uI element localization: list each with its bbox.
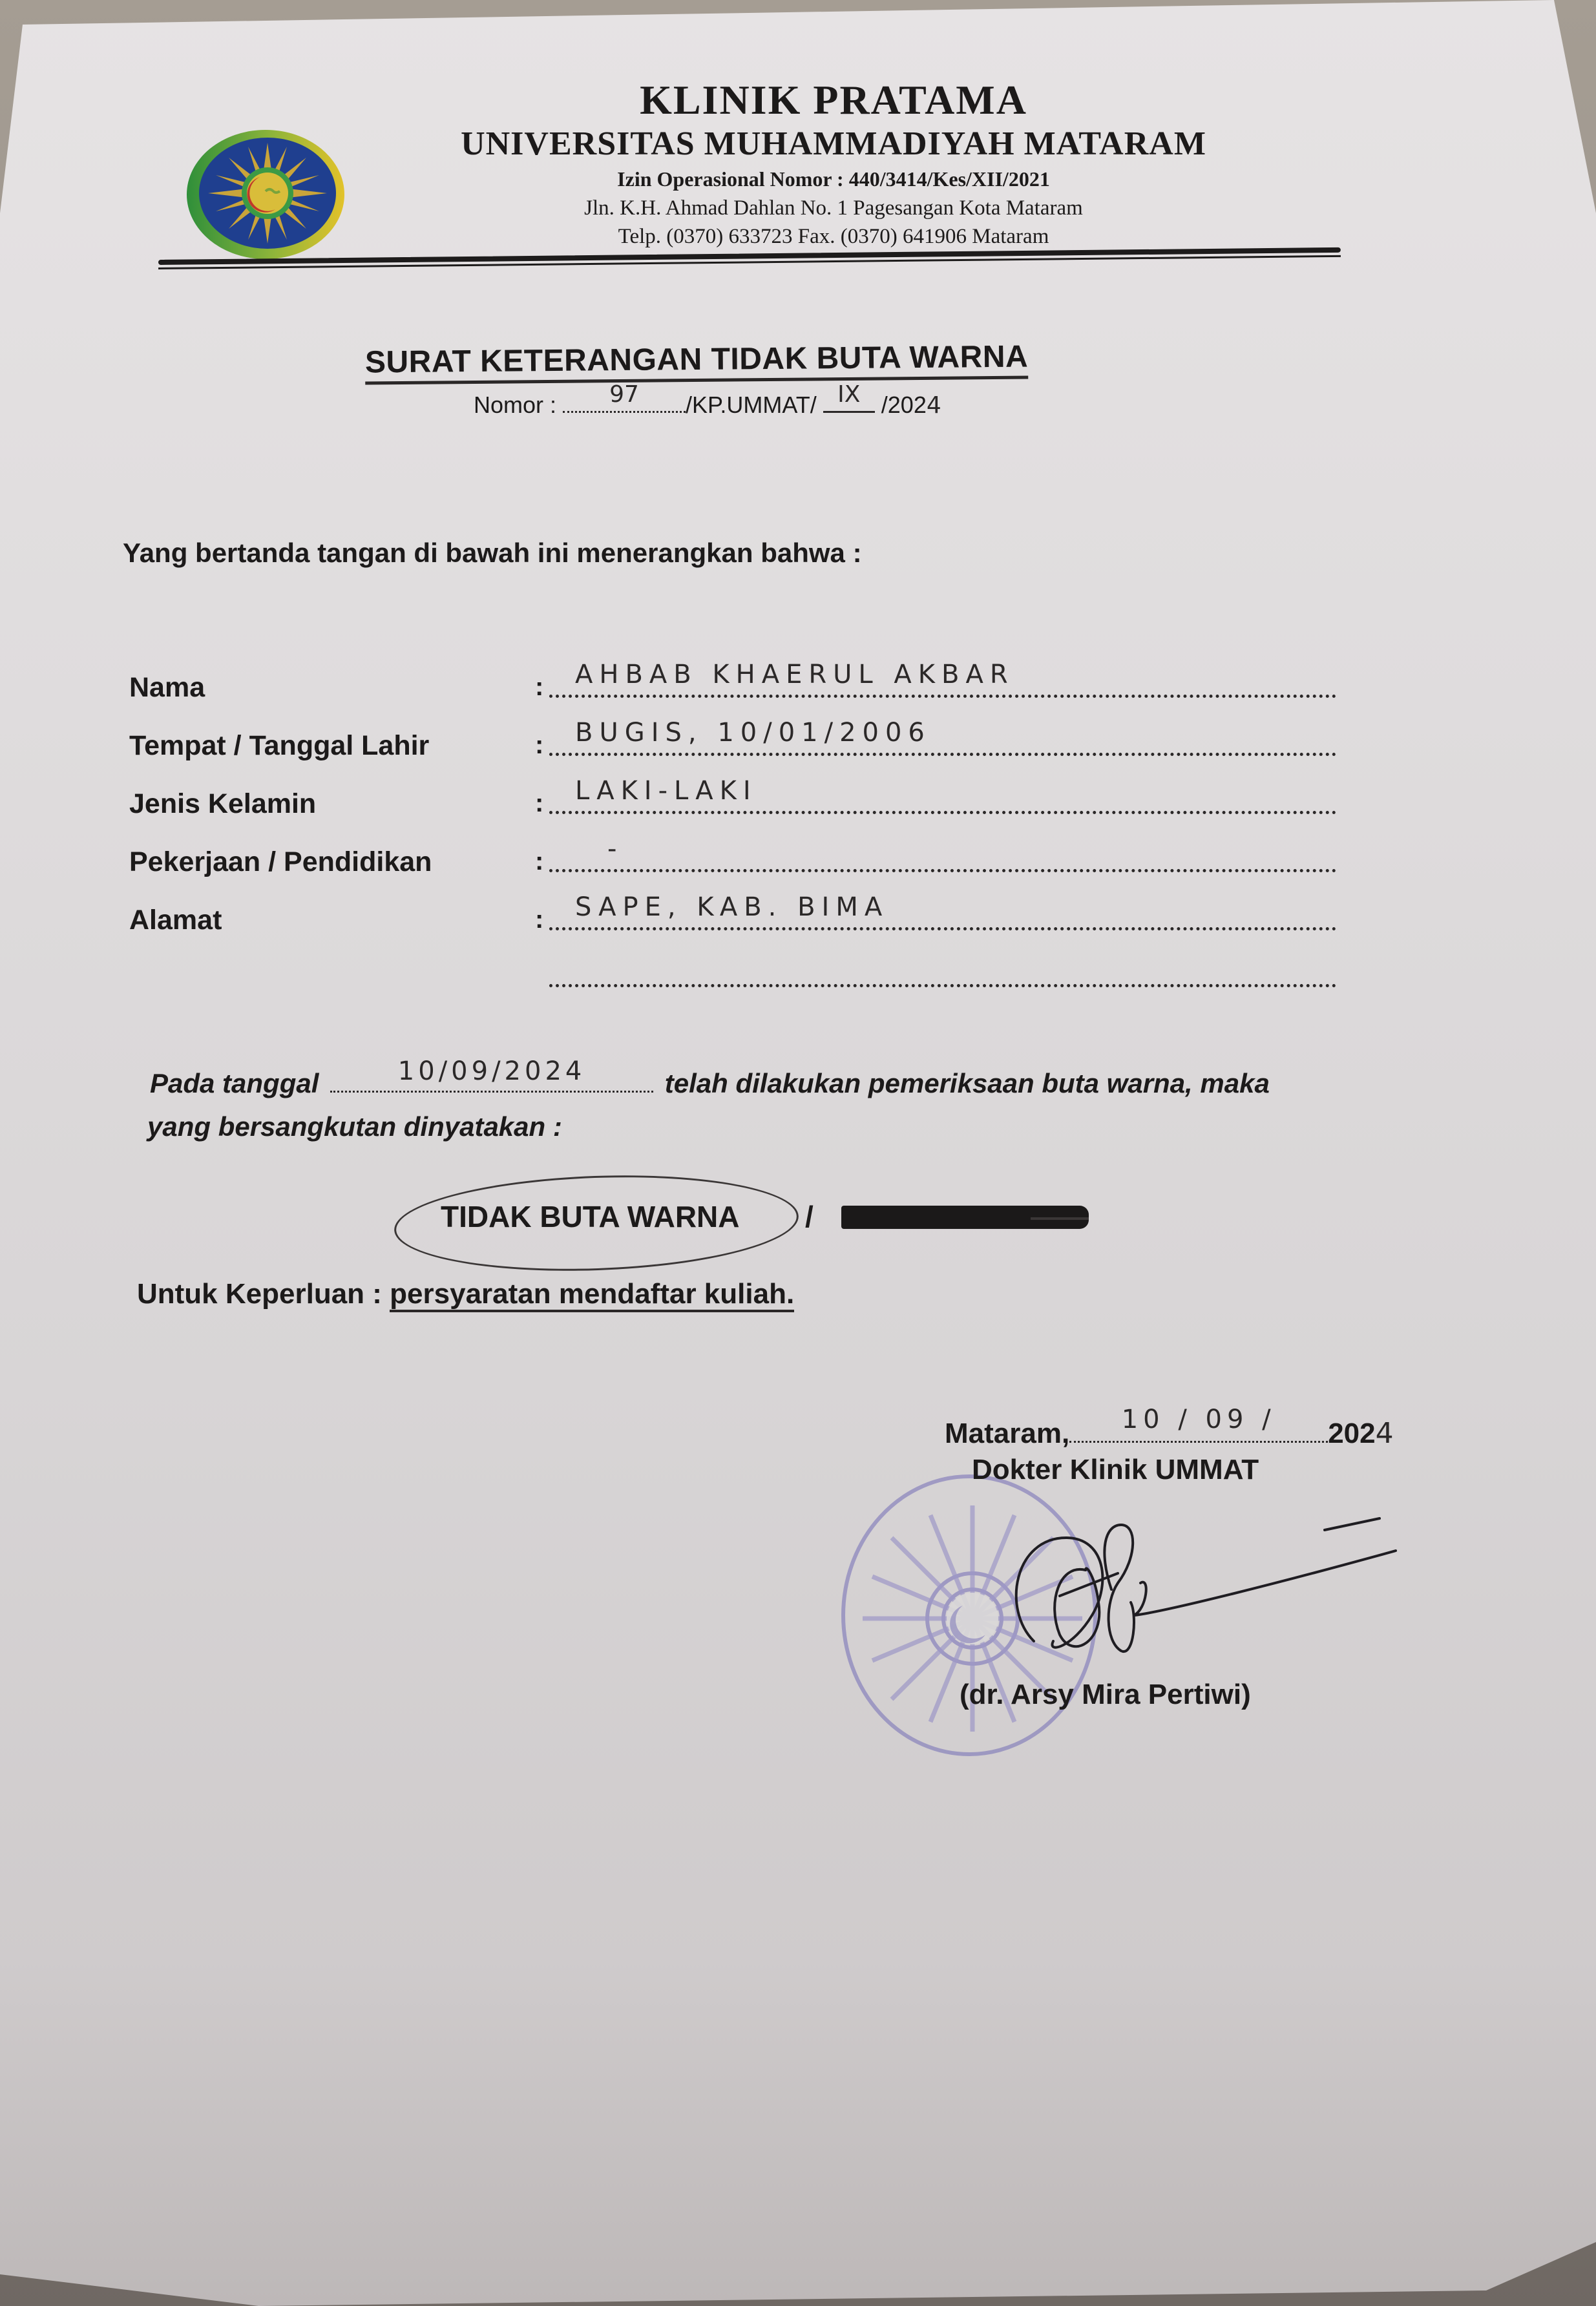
signature-date-value: 10 / 09 / <box>1069 1402 1328 1437</box>
field-pekerjaan-pendidikan: Pekerjaan / Pendidikan : - <box>129 827 1344 879</box>
field-dotted-line <box>549 869 1336 872</box>
number-middle: /KP.UMMAT/ <box>686 392 817 418</box>
field-dotted-line <box>549 811 1336 814</box>
field-dotted-line <box>549 695 1336 698</box>
university-name: UNIVERSITAS MUHAMMADIYAH MATARAM <box>362 124 1305 164</box>
exam-date-field: 10/09/2024 <box>330 1065 653 1093</box>
field-dotted-line <box>549 753 1336 756</box>
license-number: Izin Operasional Nomor : 440/3414/Kes/XI… <box>362 164 1305 194</box>
field-value: - <box>607 833 623 865</box>
exam-date: 10/09/2024 <box>330 1054 653 1088</box>
field-colon: : <box>535 671 543 703</box>
field-label: Pekerjaan / Pendidikan <box>129 845 432 879</box>
exam-suffix: telah dilakukan pemeriksaan buta warna, … <box>665 1068 1270 1098</box>
field-colon: : <box>535 845 543 877</box>
result-struck: BUTA WARNA <box>844 1200 1044 1235</box>
clinic-name: KLINIK PRATAMA <box>362 76 1305 124</box>
field-value: BUGIS, 10/01/2006 <box>575 717 931 748</box>
clinic-logo-icon <box>185 127 346 262</box>
signer-name: (dr. Arsy Mira Pertiwi) <box>960 1677 1251 1712</box>
letterhead: KLINIK PRATAMA UNIVERSITAS MUHAMMADIYAH … <box>362 76 1305 251</box>
purpose-label: Untuk Keperluan : <box>137 1278 382 1310</box>
exam-prefix: Pada tanggal <box>150 1068 319 1098</box>
field-tempat-tanggal-lahir: Tempat / Tanggal Lahir : BUGIS, 10/01/20… <box>129 711 1344 762</box>
signature-year-prefix: 202 <box>1328 1418 1375 1449</box>
number-month-field: IX <box>823 392 875 413</box>
field-value: LAKI-LAKI <box>575 775 757 806</box>
exam-statement: Pada tanggal 10/09/2024 telah dilakukan … <box>150 1065 1270 1100</box>
signature-place: Mataram, <box>945 1418 1069 1449</box>
number-seq: 97 <box>563 380 686 410</box>
signature-date: Mataram,10 / 09 /2024 <box>945 1415 1394 1451</box>
field-alamat-continued <box>129 942 1344 994</box>
field-dotted-line <box>549 927 1336 930</box>
purpose: Untuk Keperluan : persyaratan mendaftar … <box>137 1277 794 1312</box>
document-title: SURAT KETERANGAN TIDAK BUTA WARNA <box>365 339 1029 385</box>
number-month: IX <box>823 380 875 410</box>
field-colon: : <box>535 787 543 819</box>
signer-role: Dokter Klinik UMMAT <box>972 1452 1259 1487</box>
intro-text: Yang bertanda tangan di bawah ini menera… <box>123 536 862 570</box>
number-label: Nomor : <box>474 392 556 418</box>
field-alamat: Alamat : SAPE, KAB. BIMA <box>129 885 1344 937</box>
field-label: Nama <box>129 671 205 704</box>
number-seq-field: 97 <box>563 392 686 413</box>
document-number: Nomor : 97/KP.UMMAT/ IX /2024 <box>474 390 941 421</box>
handwritten-signature-icon <box>1008 1512 1409 1654</box>
field-colon: : <box>535 729 543 761</box>
signature-date-field: 10 / 09 / <box>1069 1415 1328 1443</box>
field-value: AHBAB KHAERUL AKBAR <box>575 659 1014 690</box>
strike-tail <box>1031 1217 1089 1220</box>
field-value: SAPE, KAB. BIMA <box>575 892 888 923</box>
signature-year-suffix: 4 <box>1376 1417 1394 1450</box>
field-dotted-line <box>549 984 1336 987</box>
clinic-contact: Telp. (0370) 633723 Fax. (0370) 641906 M… <box>362 222 1305 251</box>
field-label: Alamat <box>129 903 222 937</box>
exam-statement-line2: yang bersangkutan dinyatakan : <box>147 1110 562 1144</box>
field-label: Tempat / Tanggal Lahir <box>129 729 429 762</box>
number-year-suffix: 4 <box>927 392 941 419</box>
field-nama: Nama : AHBAB KHAERUL AKBAR <box>129 653 1344 704</box>
field-label: Jenis Kelamin <box>129 787 316 821</box>
field-colon: : <box>535 903 543 936</box>
clinic-address: Jln. K.H. Ahmad Dahlan No. 1 Pagesangan … <box>362 194 1305 222</box>
number-year-prefix: /202 <box>881 392 927 418</box>
result-selected: TIDAK BUTA WARNA <box>441 1199 740 1234</box>
result-separator: / <box>805 1199 814 1234</box>
field-jenis-kelamin: Jenis Kelamin : LAKI-LAKI <box>129 769 1344 821</box>
purpose-value: persyaratan mendaftar kuliah. <box>390 1278 794 1312</box>
